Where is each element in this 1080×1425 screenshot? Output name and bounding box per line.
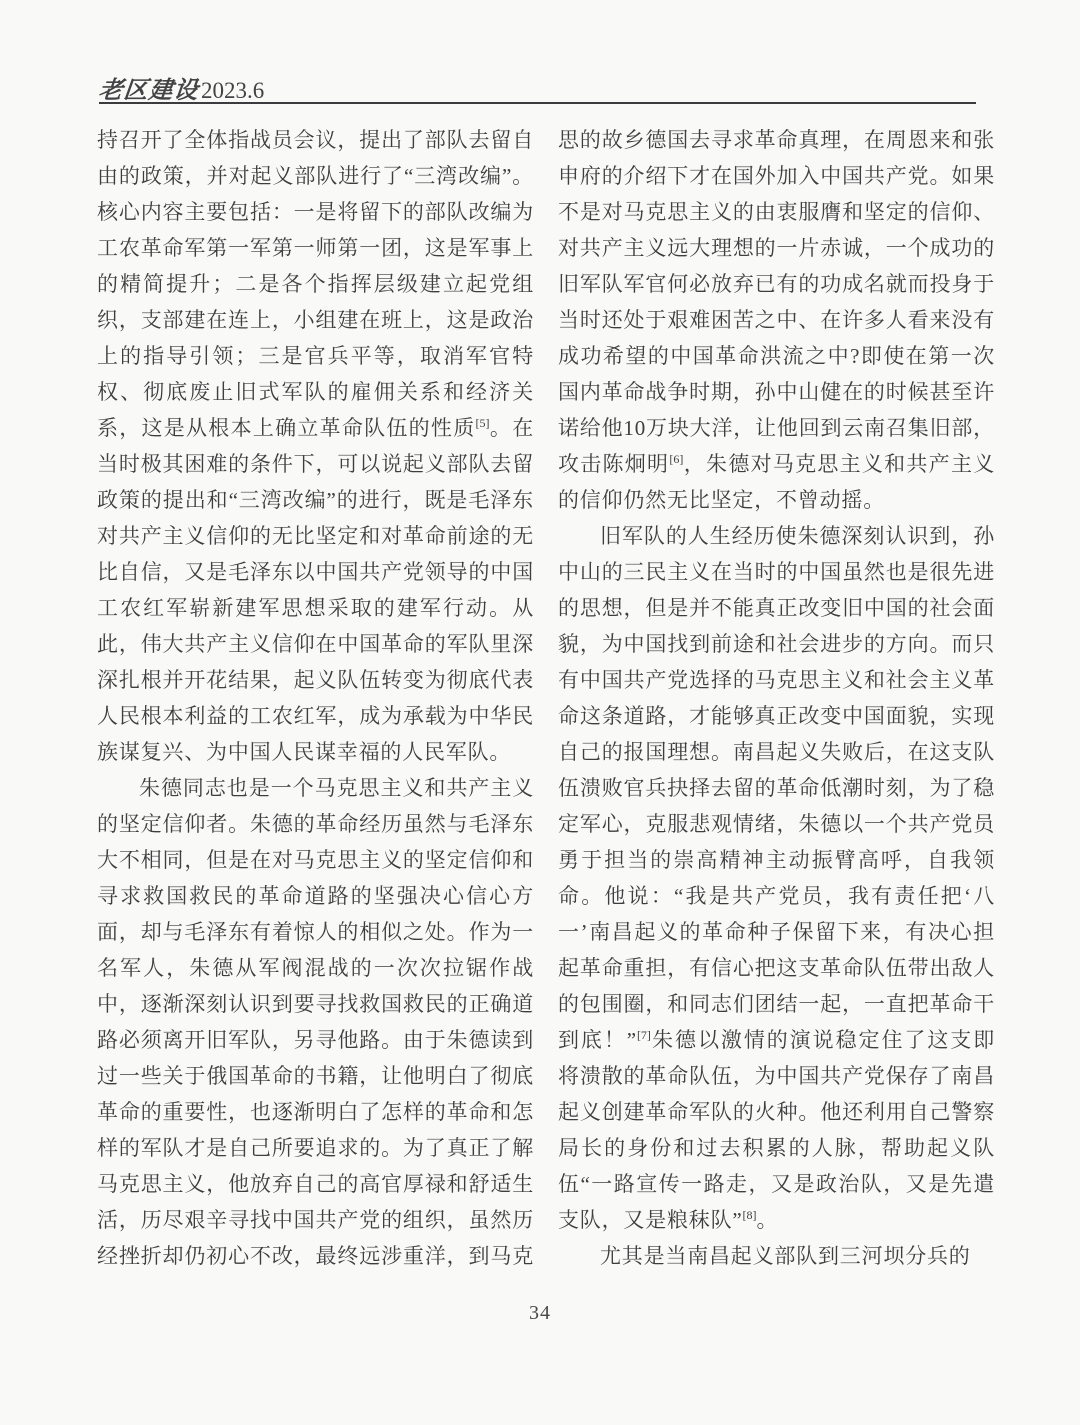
footnote-reference: [6] [669, 452, 683, 466]
paragraph: 尤其是当南昌起义部队到三河坝分兵的 [558, 1238, 995, 1274]
page-header: 老区建设2023.6 [99, 70, 985, 96]
journal-logo: 老区建设 [97, 70, 201, 105]
journal-issue: 2023.6 [201, 78, 264, 104]
page-number: 34 [0, 1302, 1080, 1325]
header-divider-rule [99, 102, 976, 104]
footnote-reference: [8] [743, 1208, 757, 1222]
paragraph: 旧军队的人生经历使朱德深刻认识到，孙中山的三民主义在当时的中国虽然也是很先进的思… [558, 518, 995, 1238]
journal-page: 老区建设2023.6 持召开了全体指战员会议，提出了部队去留自由的政策，并对起义… [0, 0, 1080, 1425]
paragraph: 持召开了全体指战员会议，提出了部队去留自由的政策，并对起义部队进行了“三湾改编”… [97, 122, 534, 770]
footnote-reference: [7] [637, 1028, 651, 1042]
footnote-reference: [5] [475, 416, 489, 430]
article-text-columns: 持召开了全体指战员会议，提出了部队去留自由的政策，并对起义部队进行了“三湾改编”… [97, 122, 995, 1282]
